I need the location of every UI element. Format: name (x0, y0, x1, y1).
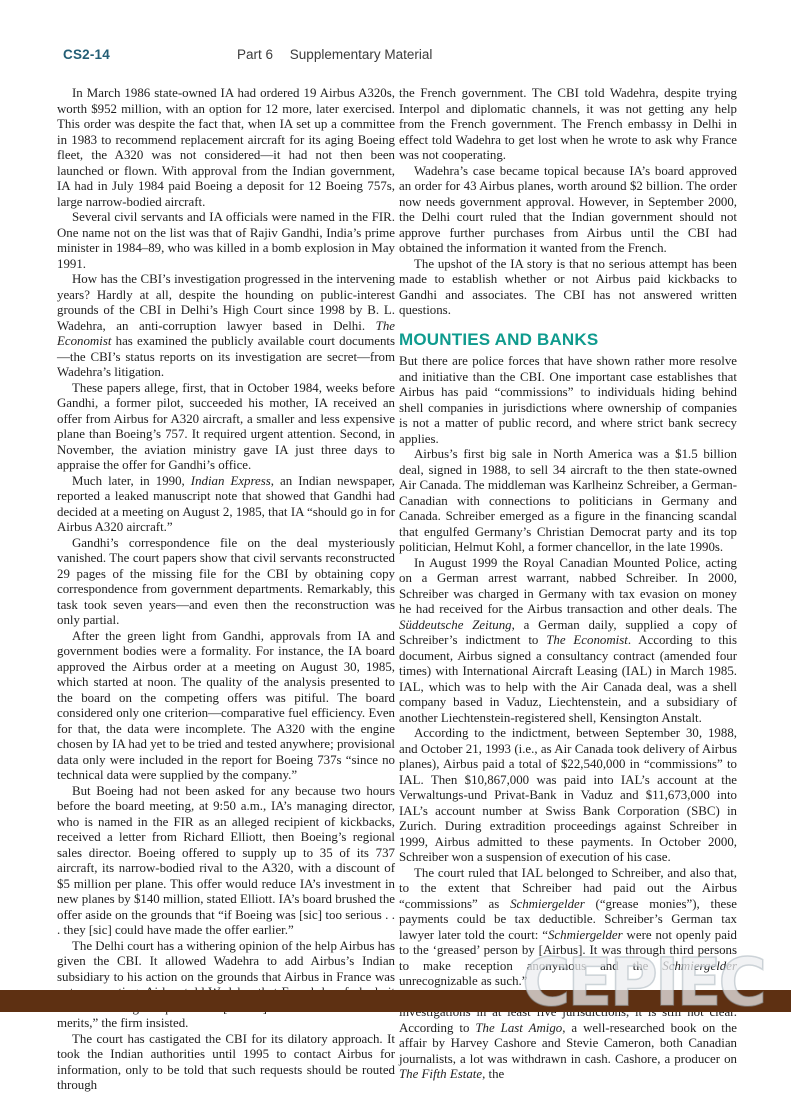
text-run: In August 1999 the Royal Canadian Mounte… (399, 556, 737, 617)
paragraph: Several civil servants and IA officials … (57, 210, 395, 272)
paragraph: After the green light from Gandhi, appro… (57, 629, 395, 784)
document-page: CS2-14 Part 6 Supplementary Material In … (0, 0, 791, 1024)
italic-text-run: Schmiergelder (662, 959, 737, 973)
paragraph: But Boeing had not been asked for any be… (57, 784, 395, 939)
right-text-column: the French government. The CBI told Wade… (399, 86, 737, 1024)
text-run: Gandhi’s correspondence file on the deal… (57, 536, 395, 628)
paragraph: the French government. The CBI told Wade… (399, 86, 737, 164)
text-run: Several civil servants and IA officials … (57, 210, 395, 271)
text-run: These papers allege, first, that in Octo… (57, 381, 395, 473)
text-run: the French government. The CBI told Wade… (399, 86, 737, 162)
text-run: Airbus’s first big sale in North America… (399, 447, 737, 554)
text-run: Much later, in 1990, (72, 474, 191, 488)
paragraph: But there are police forces that have sh… (399, 354, 737, 447)
left-text-column: In March 1986 state-owned IA had ordered… (57, 86, 395, 1024)
italic-text-run: The Last Amigo (475, 1021, 562, 1025)
paragraph: The court ruled that IAL belonged to Sch… (399, 866, 737, 990)
paragraph: These papers allege, first, that in Octo… (57, 381, 395, 474)
text-run: How has the CBI’s investigation progress… (57, 272, 395, 333)
paragraph: In March 1986 state-owned IA had ordered… (57, 86, 395, 210)
text-run: But there are police forces that have sh… (399, 354, 737, 446)
paragraph: Gandhi’s correspondence file on the deal… (57, 536, 395, 629)
text-run: Wadehra’s case became topical because IA… (399, 164, 737, 256)
paragraph: In August 1999 the Royal Canadian Mounte… (399, 556, 737, 727)
italic-text-run: Süddeutsche Zeitung (399, 618, 512, 632)
text-run: But Boeing had not been asked for any be… (57, 784, 395, 938)
text-run: The upshot of the IA story is that no se… (399, 257, 737, 318)
italic-text-run: Schmiergelder (548, 928, 623, 942)
text-run: unrecognizable as such.” (399, 974, 528, 988)
text-run: According to the indictment, between Sep… (399, 726, 737, 864)
paragraph: The upshot of the IA story is that no se… (399, 257, 737, 319)
paragraph: Wadehra’s case became topical because IA… (399, 164, 737, 257)
paragraph: How has the CBI’s investigation progress… (57, 272, 395, 381)
paragraph: Much later, in 1990, Indian Express, an … (57, 474, 395, 536)
italic-text-run: Schmiergelder (510, 897, 585, 911)
section-heading: MOUNTIES AND BANKS (399, 332, 737, 348)
italic-text-run: Indian Express (191, 474, 271, 488)
page-number: CS2-14 (63, 47, 110, 62)
part-title: Supplementary Material (290, 47, 433, 62)
paragraph: Airbus’s first big sale in North America… (399, 447, 737, 556)
italic-text-run: The Economist (546, 633, 628, 647)
text-run: After the green light from Gandhi, appro… (57, 629, 395, 783)
paragraph: According to the indictment, between Sep… (399, 726, 737, 866)
part-label: Part 6 (237, 47, 273, 62)
running-head: CS2-14 Part 6 Supplementary Material (0, 47, 791, 67)
footer-bar (0, 990, 791, 1012)
part-heading: Part 6 Supplementary Material (237, 47, 432, 62)
text-run: In March 1986 state-owned IA had ordered… (57, 86, 395, 209)
